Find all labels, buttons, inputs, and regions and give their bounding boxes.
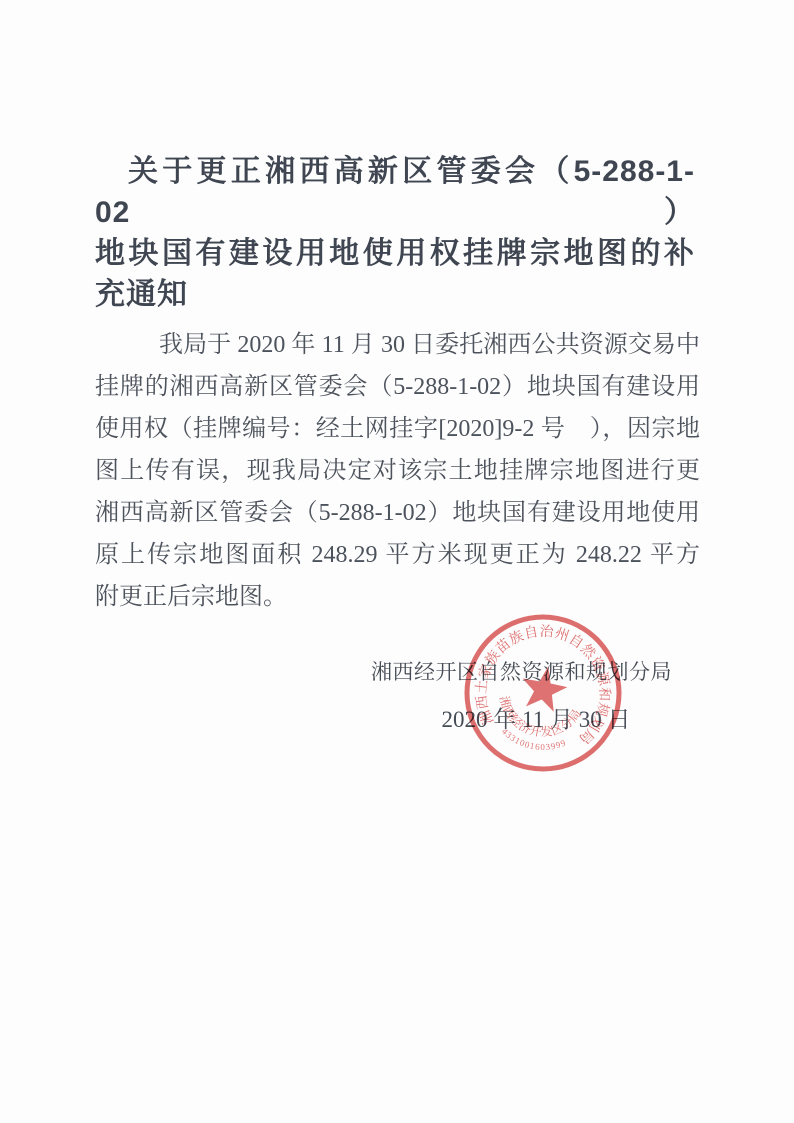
title-line-1: 关于更正湘西高新区管委会（5-288-1-02） — [95, 151, 695, 233]
body-line-2: 挂牌的湘西高新区管委会（5-288-1-02）地块国有建设用地 — [95, 366, 700, 408]
notice-body: 我局于 2020 年 11 月 30 日委托湘西公共资源交易中心 挂牌的湘西高新… — [95, 324, 700, 618]
body-line-3: 使用权（挂牌编号：经土网挂字[2020]9-2 号 ），因宗地 — [95, 408, 700, 450]
notice-title: 关于更正湘西高新区管委会（5-288-1-02） 地块国有建设用地使用权挂牌宗地… — [95, 151, 695, 315]
body-line-4: 图上传有误，现我局决定对该宗土地挂牌宗地图进行更正： — [95, 450, 700, 492]
title-line-3: 充通知 — [95, 274, 695, 315]
body-line-7: 附更正后宗地图。 — [95, 576, 700, 618]
body-line-1: 我局于 2020 年 11 月 30 日委托湘西公共资源交易中心 — [95, 324, 700, 366]
title-line-2: 地块国有建设用地使用权挂牌宗地图的补 — [95, 233, 695, 274]
scanned-notice-page: 关于更正湘西高新区管委会（5-288-1-02） 地块国有建设用地使用权挂牌宗地… — [0, 0, 794, 1123]
body-line-5: 湘西高新区管委会（5-288-1-02）地块国有建设用地使用权 — [95, 492, 700, 534]
official-seal: 湘西土家族苗族自治州自然资源和规划局 湘西经济开发区分局 43310016039… — [458, 608, 628, 778]
body-line-6: 原上传宗地图面积 248.29 平方米现更正为 248.22 平方米， — [95, 534, 700, 576]
issue-date: 2020 年 11 月 30 日 — [380, 701, 692, 734]
issuer-signature: 湘西经开区自然资源和规划分局 — [370, 656, 672, 686]
seal-ring — [458, 608, 628, 778]
